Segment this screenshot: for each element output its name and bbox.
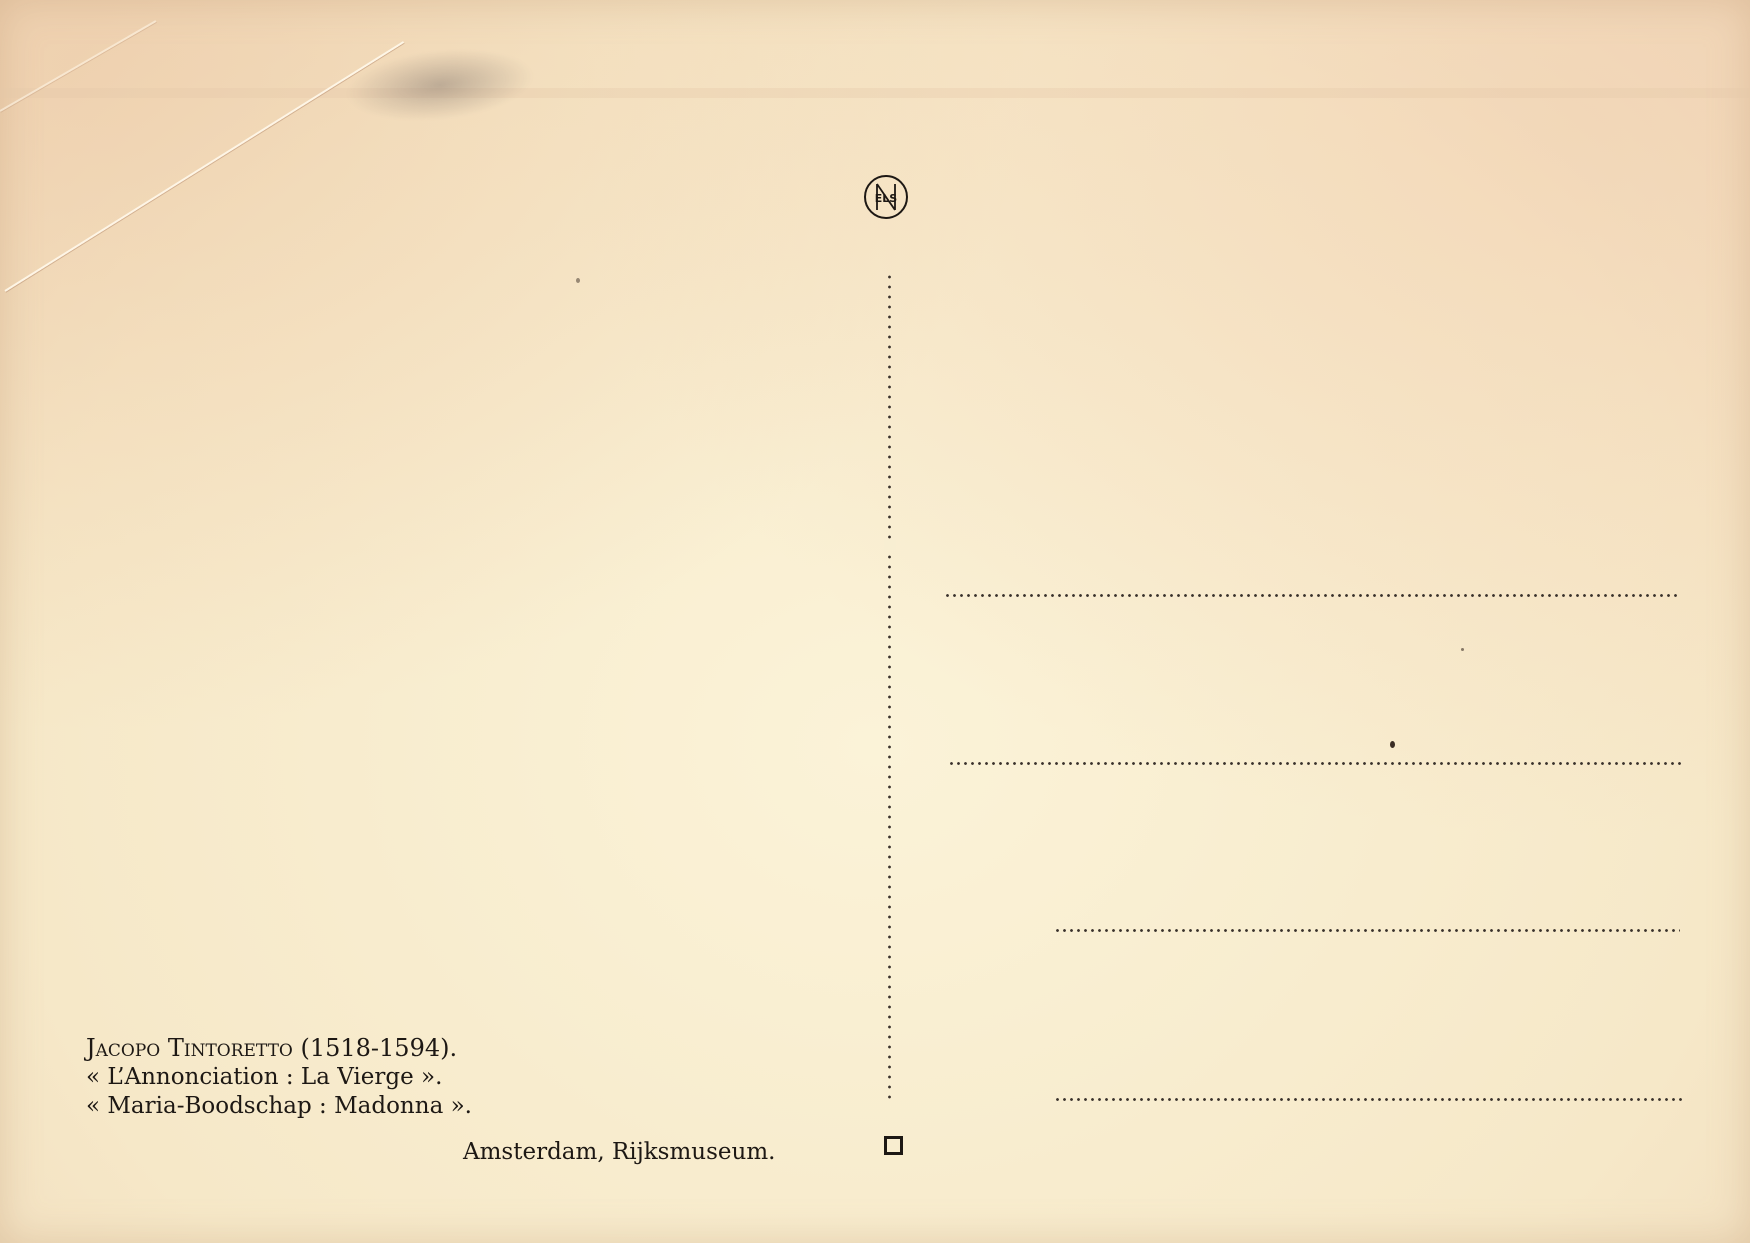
postmark-smudge <box>342 40 538 129</box>
nels-monogram-icon: ELS <box>861 172 911 222</box>
address-divider <box>888 272 891 1100</box>
address-line-4[interactable] <box>1054 1098 1684 1101</box>
paper-band <box>0 88 1750 98</box>
title-dutch: « Maria-Boodschap : Madonna ». <box>86 1092 472 1121</box>
postcard-back: ELS Jacopo Tintoretto (1518-1594). « L’A… <box>0 0 1750 1243</box>
artist-name: Jacopo Tintoretto (1518-1594). <box>86 1034 472 1063</box>
address-line-2[interactable] <box>948 762 1681 765</box>
paper-crease <box>0 20 156 112</box>
ink-speck <box>1461 648 1464 651</box>
divider-gap <box>884 540 896 550</box>
svg-text:ELS: ELS <box>875 192 898 205</box>
artwork-caption: Jacopo Tintoretto (1518-1594). « L’Annon… <box>86 1034 472 1121</box>
ink-speck <box>576 278 580 283</box>
museum-location: Amsterdam, Rijksmuseum. <box>463 1139 775 1165</box>
address-line-3[interactable] <box>1054 929 1680 932</box>
title-french: « L’Annonciation : La Vierge ». <box>86 1063 472 1092</box>
square-mark-icon <box>884 1136 903 1155</box>
address-line-1[interactable] <box>944 594 1679 597</box>
ink-speck <box>1390 741 1395 748</box>
